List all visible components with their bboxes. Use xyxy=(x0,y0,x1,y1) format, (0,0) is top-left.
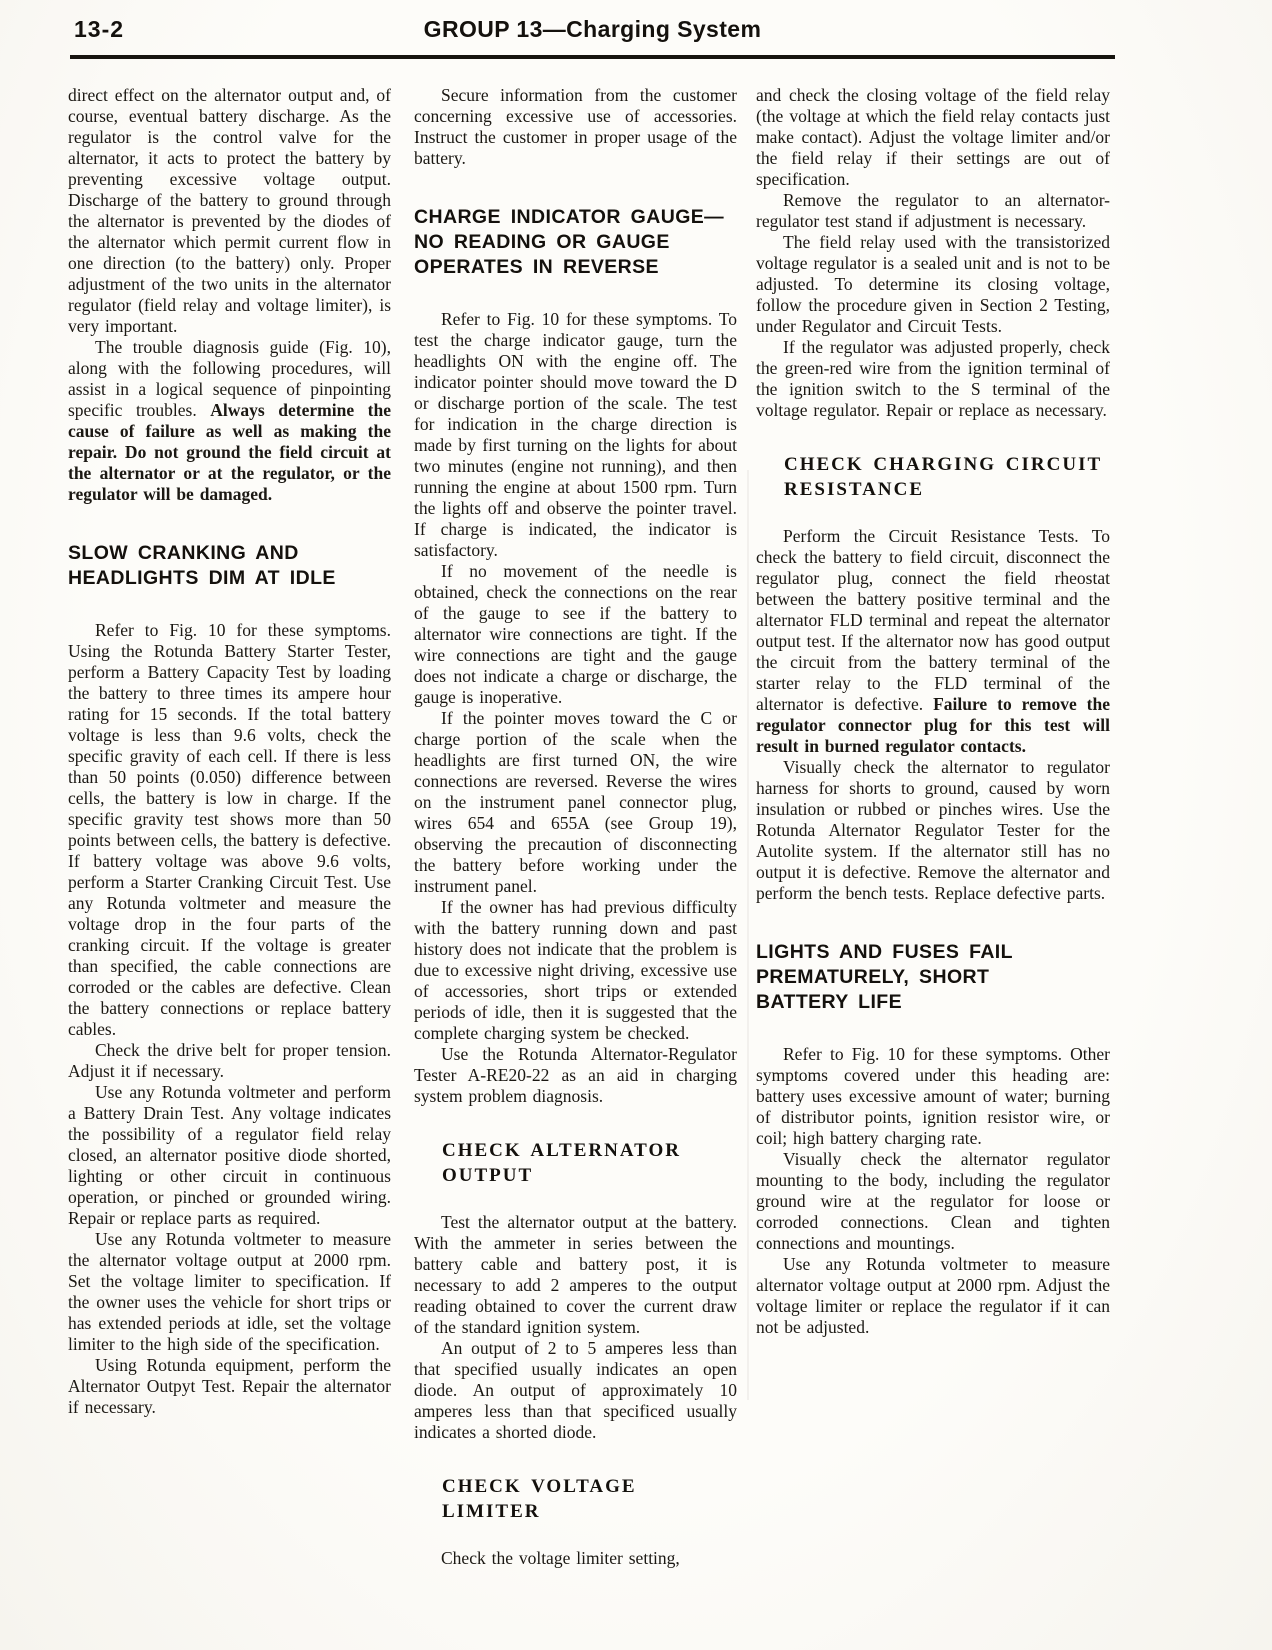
text-run: Visually check the alternator to regulat… xyxy=(756,757,1110,903)
text-run: Check the drive belt for proper tension.… xyxy=(68,1040,391,1081)
paragraph: Use the Rotunda Alternator-Regulator Tes… xyxy=(414,1044,737,1107)
paragraph: Check the drive belt for proper tension.… xyxy=(68,1040,391,1082)
paragraph: direct effect on the alternator output a… xyxy=(68,85,391,337)
header-rule xyxy=(70,55,1115,59)
paragraph: Test the alternator output at the batter… xyxy=(414,1212,737,1338)
text-run: direct effect on the alternator output a… xyxy=(68,85,391,336)
procedure-heading: CHECK VOLTAGE LIMITER xyxy=(414,1474,737,1524)
text-run: Test the alternator output at the batter… xyxy=(414,1212,737,1337)
column-3: and check the closing voltage of the fie… xyxy=(756,85,1110,1338)
text-run: Check the voltage limiter setting, xyxy=(441,1548,680,1568)
paragraph: Use any Rotunda voltmeter and perform a … xyxy=(68,1082,391,1229)
paragraph: The trouble diagnosis guide (Fig. 10), a… xyxy=(68,337,391,505)
text-run: Perform the Circuit Resistance Tests. To… xyxy=(756,526,1110,714)
symptom-heading: SLOW CRANKING ANDHEADLIGHTS DIM AT IDLE xyxy=(68,541,391,591)
text-run: Refer to Fig. 10 for these symptoms. Oth… xyxy=(756,1044,1110,1148)
text-run: Using Rotunda equipment, perform the Alt… xyxy=(68,1355,391,1417)
text-run: Secure information from the customer con… xyxy=(414,85,737,168)
text-run: Use any Rotunda voltmeter to measure alt… xyxy=(756,1254,1110,1337)
paragraph: The field relay used with the transistor… xyxy=(756,232,1110,337)
text-run: and check the closing voltage of the fie… xyxy=(756,85,1110,189)
paragraph: Visually check the alternator regulator … xyxy=(756,1149,1110,1254)
paragraph: Refer to Fig. 10 for these symptoms. Usi… xyxy=(68,620,391,1040)
manual-page: 13-2 GROUP 13—Charging System direct eff… xyxy=(0,0,1272,1650)
paragraph: Check the voltage limiter setting, xyxy=(414,1548,737,1569)
text-run: Use any Rotunda voltmeter to measure the… xyxy=(68,1229,391,1354)
text-run: If the regulator was adjusted properly, … xyxy=(756,337,1110,420)
text-run: Use the Rotunda Alternator-Regulator Tes… xyxy=(414,1044,737,1106)
text-run: Visually check the alternator regulator … xyxy=(756,1149,1110,1253)
text-run: If no movement of the needle is obtained… xyxy=(414,561,737,707)
paragraph: Using Rotunda equipment, perform the Alt… xyxy=(68,1355,391,1418)
paragraph: Use any Rotunda voltmeter to measure the… xyxy=(68,1229,391,1355)
text-run: An output of 2 to 5 amperes less than th… xyxy=(414,1338,737,1442)
text-run: Use any Rotunda voltmeter and perform a … xyxy=(68,1082,391,1228)
paragraph: Refer to Fig. 10 for these symptoms. Oth… xyxy=(756,1044,1110,1149)
paragraph: If no movement of the needle is obtained… xyxy=(414,561,737,708)
paragraph: An output of 2 to 5 amperes less than th… xyxy=(414,1338,737,1443)
paragraph: Remove the regulator to an alternator-re… xyxy=(756,190,1110,232)
text-run: The field relay used with the transistor… xyxy=(756,232,1110,336)
text-run: Remove the regulator to an alternator-re… xyxy=(756,190,1110,231)
paragraph: Use any Rotunda voltmeter to measure alt… xyxy=(756,1254,1110,1338)
paragraph: Secure information from the customer con… xyxy=(414,85,737,169)
procedure-heading: CHECK CHARGING CIRCUITRESISTANCE xyxy=(756,452,1110,502)
text-run: Refer to Fig. 10 for these symptoms. Usi… xyxy=(68,620,391,1039)
column-1: direct effect on the alternator output a… xyxy=(68,85,391,1418)
symptom-heading: CHARGE INDICATOR GAUGE—NO READING OR GAU… xyxy=(414,205,737,280)
paragraph: Refer to Fig. 10 for these symptoms. To … xyxy=(414,309,737,561)
page-title: GROUP 13—Charging System xyxy=(70,16,1115,43)
text-run: If the pointer moves toward the C or cha… xyxy=(414,708,737,896)
symptom-heading: LIGHTS AND FUSES FAILPREMATURELY, SHORTB… xyxy=(756,940,1110,1015)
scan-artifact xyxy=(747,470,749,1400)
paragraph: Visually check the alternator to regulat… xyxy=(756,757,1110,904)
paragraph: If the regulator was adjusted properly, … xyxy=(756,337,1110,421)
paragraph: and check the closing voltage of the fie… xyxy=(756,85,1110,190)
procedure-heading: CHECK ALTERNATOROUTPUT xyxy=(414,1138,737,1188)
paragraph: If the pointer moves toward the C or cha… xyxy=(414,708,737,897)
paragraph: Perform the Circuit Resistance Tests. To… xyxy=(756,526,1110,757)
text-run: If the owner has had previous difficulty… xyxy=(414,897,737,1043)
paragraph: If the owner has had previous difficulty… xyxy=(414,897,737,1044)
text-run: Refer to Fig. 10 for these symptoms. To … xyxy=(414,309,737,560)
column-2: Secure information from the customer con… xyxy=(414,85,737,1569)
